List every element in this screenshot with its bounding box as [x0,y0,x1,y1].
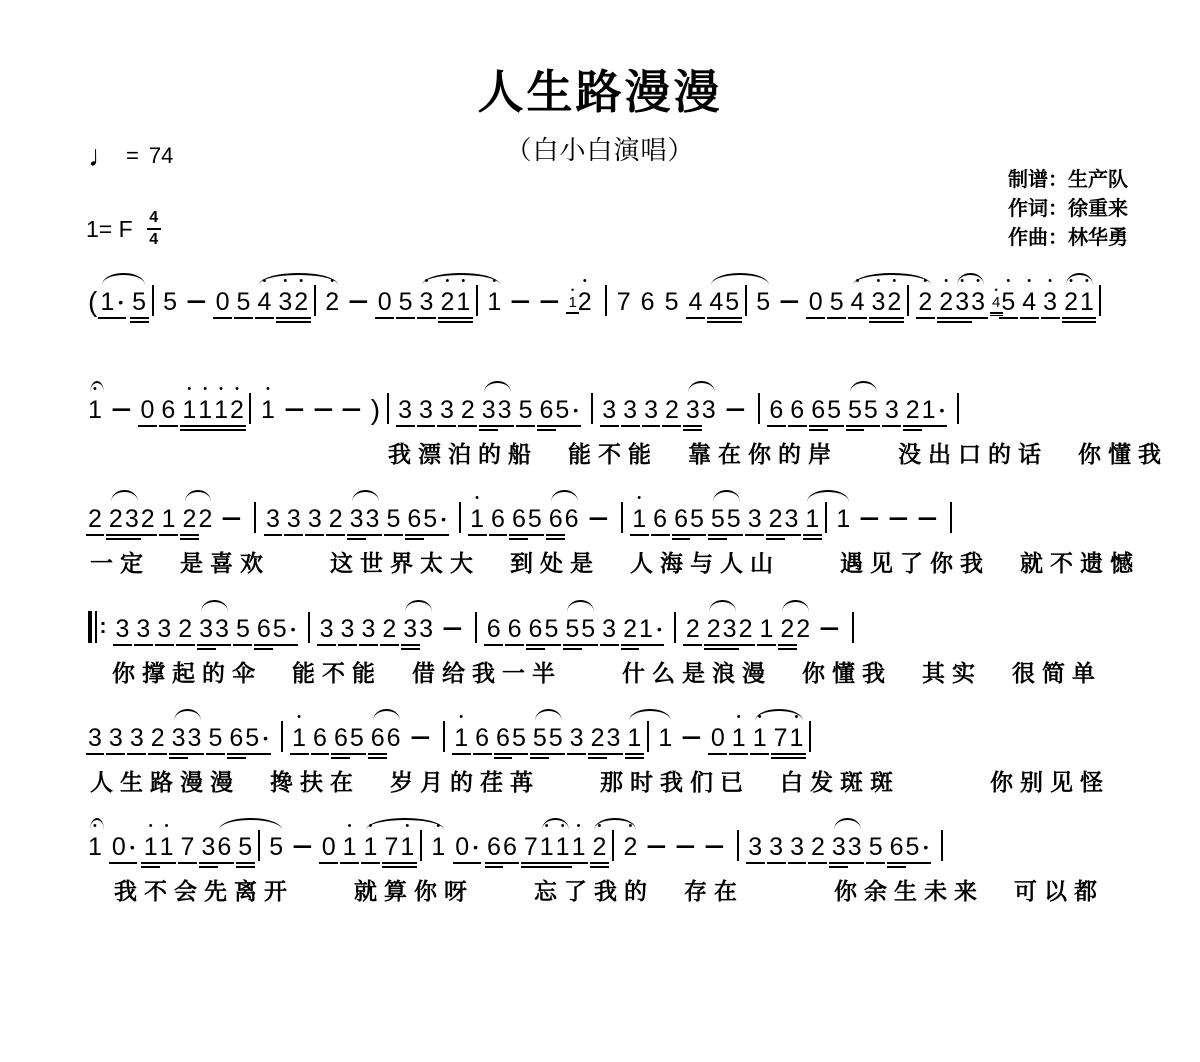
duration-underlines [187,317,207,325]
score-line: •1 − 0 6•1•1•1•2 •1 − − − ) 3 3 3 2 3 3 … [88,376,1162,469]
octave-space [386,380,389,393]
note: 3 [602,383,616,433]
tempo-marking: ♩=74 [88,140,173,174]
octave-space [679,492,682,505]
octave-space [184,602,187,615]
duration-underlines [999,317,1018,325]
octave-space [169,275,172,288]
note: •2 [230,383,244,433]
duration-underlines [440,753,448,761]
octave-space [890,383,893,396]
duration-underlines [654,644,664,652]
duration-underlines [662,317,681,325]
octave-space [620,489,623,502]
octave-space [795,820,798,833]
octave-space [835,275,838,288]
score-line: 2 2 3 2 1 2 2 − 3 3 3 2 3 3 5 6 5 • •1 6… [88,485,1162,578]
note: 5 [544,602,558,652]
dash-note: − [707,820,722,870]
dash-note: − [351,275,366,325]
octave-space [492,602,495,615]
octave-dot: • [577,820,581,833]
octave-space [575,711,578,724]
key-signature: 1= F 4 4 [86,210,161,248]
duration-underlines [1077,317,1096,325]
note: 5 [512,711,526,761]
octave-space [308,599,311,612]
note: 3 [606,711,620,761]
note: 2 [769,492,783,542]
duration-underlines [215,862,234,870]
octave-space [524,383,527,396]
note: 6 [539,383,553,433]
duration-underlines [429,862,448,870]
note: 1 [759,602,773,652]
octave-space [451,602,454,615]
duration-underlines [305,534,324,542]
time-signature: 4 4 [147,210,161,248]
barline [442,708,445,761]
octave-space [230,492,233,505]
note: 3 [287,492,301,542]
duration-underlines [292,317,311,325]
duration-underlines [326,534,345,542]
duration-underlines [806,753,814,761]
dash-note: − [114,383,129,433]
duration-underlines [724,534,743,542]
octave-space [262,602,265,615]
duration-underlines [788,862,807,870]
paren: ( [88,275,97,325]
duration-underlines [699,425,718,433]
duration-underlines [284,534,303,542]
note: 3 [769,820,783,870]
note: •1 [732,711,746,761]
note: 5 [869,820,883,870]
augmentation-dot: • [473,820,478,870]
octave-space [925,492,928,505]
duration-underlines [609,862,617,870]
duration-underlines [630,534,649,542]
duration-underlines [683,644,702,652]
duration-underlines [288,644,298,652]
octave-space [646,275,649,288]
octave-space [151,272,154,285]
duration-underlines [340,862,359,870]
duration-underlines [656,753,675,761]
duration-underlines [138,534,157,542]
octave-space [911,383,914,396]
octave-space [716,711,719,724]
octave-space [774,492,777,505]
dash-note: − [920,492,935,542]
note: 3 [308,492,322,542]
score-line: ( 1 • 5 5 − 0 5•4•3•2 •2 − 0 5•3•2•1 •1 … [88,268,1162,360]
note: 5 [423,492,437,542]
note: 5 [350,711,364,761]
octave-space [93,492,96,505]
duration-underlines [485,317,504,325]
barline [458,489,461,542]
duration-underlines [834,534,853,542]
duration-underlines [754,317,773,325]
note: 0 [141,383,155,433]
note: 5 [906,820,920,870]
octave-space [242,275,245,288]
note: •4 [1022,275,1036,325]
octave-space [790,492,793,505]
duration-underlines [621,862,640,870]
octave-space [121,602,124,615]
duration-underlines [788,425,807,433]
note: •1 [261,383,275,433]
note: •1 [292,711,306,761]
duration-underlines [452,753,471,761]
note: 3 [623,383,637,433]
duration-underlines [525,534,544,542]
duration-underlines [439,534,449,542]
octave-space [142,602,145,615]
octave-space [550,602,553,615]
octave-space [249,380,252,393]
note: 6 [229,711,243,761]
duration-underlines [553,425,572,433]
duration-underlines [473,317,481,325]
duration-underlines [904,317,912,325]
barline [736,817,739,870]
octave-space [517,711,520,724]
octave-space [690,711,693,724]
octave-space [146,492,149,505]
barline [940,817,943,870]
note: 5 [399,275,413,325]
note: •1 [144,820,158,870]
octave-dot: • [348,820,352,833]
duration-underlines [134,644,153,652]
octave-dot: • [737,711,741,724]
duration-underlines [86,534,105,542]
octave-space [442,492,445,505]
octave-space [195,275,198,288]
duration-underlines [636,644,655,652]
duration-underlines [651,534,670,542]
dash-note: − [344,383,359,433]
octave-space [466,383,469,396]
octave-space [241,602,244,615]
duration-underlines [794,644,813,652]
note: 1 [639,602,653,652]
note: 7 [181,820,195,870]
note: 5 [665,275,679,325]
lyrics-row: 你撑起的伞 能不能 借给我一半 什么是浪漫 你懂我 其实 很简单 [88,655,1162,688]
note: 3 [748,820,762,870]
note: 2 [461,383,475,433]
duration-underlines [662,425,681,433]
duration-underlines [827,317,846,325]
note: 3 [266,492,280,542]
duration-underlines [290,753,309,761]
duration-underlines [566,312,579,317]
duration-underlines [767,862,786,870]
duration-underlines [453,862,472,870]
octave-space [519,275,522,288]
note: 3 [341,602,355,652]
octave-space [612,711,615,724]
barline [249,380,252,433]
duration-underlines [505,644,524,652]
note: 6 [811,383,825,433]
octave-space [413,492,416,505]
duration-underlines [234,317,253,325]
duration-underlines [682,753,702,761]
slur-arc [90,818,104,830]
barline [308,599,311,652]
octave-space [254,489,257,502]
note: 2 [739,602,753,652]
duration-underlines [604,753,623,761]
duration-underlines [454,317,473,325]
lyrics-row: 我不会先离开 就算你呀 忘了我的 存在 你余生未来 可以都 [88,873,1162,906]
octave-space [383,275,386,288]
duration-underlines [349,317,369,325]
octave-space [733,383,736,396]
octave-space [293,383,296,396]
barline [386,380,389,433]
dash-note: − [287,383,302,433]
note: 2 [382,602,396,652]
duration-underlines [882,425,901,433]
octave-space [529,820,532,833]
score: ( 1 • 5 5 − 0 5•4•3•2 •2 − 0 5•3•2•1 •1 … [88,268,1162,922]
note: 5 [273,602,287,652]
octave-space [167,492,170,505]
octave-dot: • [637,492,641,505]
duration-underlines [113,644,132,652]
duration-underlines [1020,317,1039,325]
duration-underlines [734,862,742,870]
octave-space [120,383,123,396]
octave-dot: • [459,711,463,724]
octave-space [744,602,747,615]
note: 5 [236,602,250,652]
note: 7 [524,820,538,870]
duration-underlines [417,425,436,433]
duration-underlines [456,534,464,542]
duration-underlines [243,753,262,761]
note: 5 [830,275,844,325]
duration-underlines [233,644,252,652]
octave-space [828,602,831,615]
octave-space [775,383,778,396]
duration-underlines [86,644,110,652]
octave-space [501,711,504,724]
dash-note: − [684,711,699,761]
note: 6 [161,383,175,433]
note: 5 [555,383,569,433]
lyrics-row: 我漂泊的船 能不能 靠在你的岸 没出口的话 你懂我 [88,436,1162,469]
note: •4 [992,286,1000,317]
paren: ) [371,383,380,433]
octave-space [292,602,295,615]
note: •1 [470,492,484,542]
duration-underlines [86,753,105,761]
octave-space [334,492,337,505]
octave-space [186,820,189,833]
duration-underlines [86,425,105,433]
octave-space [949,489,952,502]
octave-space [644,602,647,615]
fraction-line [147,228,161,230]
note: 3 [644,383,658,433]
time-numerator: 4 [149,210,158,226]
barline [620,489,623,542]
duration-underlines [938,862,946,870]
octave-space [940,817,943,830]
duration-underlines [916,317,935,325]
note: 6 [313,711,327,761]
duration-underlines [278,753,286,761]
note: 4 [688,275,702,325]
note: 6 [653,492,667,542]
credit-composer: 作曲：林华勇 [1008,224,1128,253]
dash-note: − [513,275,528,325]
note: 2 [686,602,700,652]
octave-space [736,817,739,830]
octave-space [629,383,632,396]
duration-underlines [127,862,137,870]
duration-underlines [443,644,463,652]
duration-underlines [614,317,633,325]
note: 2 [623,602,637,652]
octave-space [167,383,170,396]
octave-space [684,820,687,833]
octave-space [357,275,360,288]
duration-underlines [284,425,304,433]
augmentation-dot: • [263,711,268,761]
note: 3 [602,602,616,652]
octave-space [442,708,445,721]
note: 6 [475,711,489,761]
key-label: 1= F [86,216,133,243]
note: 6 [769,383,783,433]
dash-note: − [862,492,877,542]
duration-underlines [569,862,588,870]
duration-underlines [178,862,197,870]
note: 0 [322,820,336,870]
duration-underlines [259,425,278,433]
barline [949,489,952,542]
duration-underlines [255,317,274,325]
augmentation-dot: • [573,383,578,433]
notes-row: ( 1 • 5 5 − 0 5•4•3•2 •2 − 0 5•3•2•1 •1 … [88,268,1162,325]
octave-space [694,275,697,288]
octave-space [458,489,461,502]
duration-underlines [917,534,937,542]
octave-space [814,275,817,288]
octave-space [318,711,321,724]
duration-underlines [311,753,330,761]
time-denominator: 4 [149,232,158,248]
octave-space [895,820,898,833]
octave-space [808,708,811,721]
octave-space [221,275,224,288]
note: •1 [182,383,196,433]
duration-underlines [106,753,125,761]
octave-space [156,711,159,724]
duration-underlines [206,753,225,761]
dash-note: − [591,492,606,542]
note: 2 [141,492,155,542]
duration-underlines [845,862,864,870]
lyrics-row [88,328,1162,360]
octave-space [404,275,407,288]
octave-space [492,820,495,833]
duration-underlines [757,644,776,652]
duration-underlines [261,753,271,761]
duration-underlines [937,425,947,433]
note: 6 [508,602,522,652]
duration-underlines [347,753,366,761]
note: 6 [487,602,501,652]
octave-space [596,492,599,505]
duration-underlines [375,317,394,325]
duration-underlines [246,425,254,433]
duration-underlines [185,753,204,761]
duration-underlines [642,425,661,433]
duration-underlines [398,862,417,870]
duration-underlines [621,425,640,433]
duration-underlines [437,425,456,433]
dash-note: − [295,820,310,870]
duration-underlines [588,534,608,542]
duration-underlines [384,753,403,761]
note: 7 [617,275,631,325]
octave-space [574,383,577,396]
note: 2 [811,820,825,870]
dash-note: − [224,492,239,542]
note: 5 [163,275,177,325]
barline [590,380,593,433]
duration-underlines [885,317,904,325]
duration-underlines [157,862,176,870]
duration-underlines [780,317,800,325]
note: 3 [885,383,899,433]
page-subtitle: （白小白演唱） [0,130,1200,167]
duration-underlines [410,753,430,761]
note: 5 [528,492,542,542]
duration-underlines [264,534,283,542]
octave-space [508,820,511,833]
note: •1 [572,820,586,870]
dash-note: − [822,602,837,652]
duration-underlines [625,753,644,761]
octave-space [548,275,551,288]
octave-space [927,383,930,396]
duration-underlines [380,644,399,652]
note: 3 [88,711,102,761]
octave-space [655,820,658,833]
duration-underlines [251,534,259,542]
duration-underlines [745,534,764,542]
note: 3 [116,602,130,652]
note: 3 [398,383,412,433]
duration-underlines [602,317,610,325]
note: 2 [906,383,920,433]
octave-dot: • [1027,275,1031,288]
note: 5 [519,383,533,433]
octave-space [659,492,662,505]
note: 3 [570,711,584,761]
